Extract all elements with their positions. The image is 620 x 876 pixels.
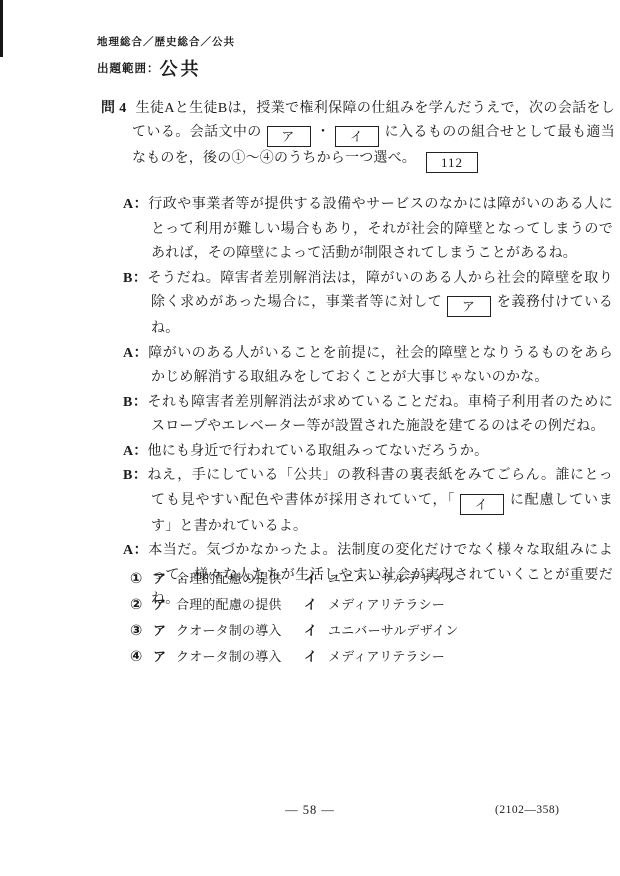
dialogue-utterance: A：行政や事業者等が提供する設備やサービスのなかには障がいのある人にとって利用が…	[123, 193, 613, 267]
question-separator: ・	[316, 125, 331, 140]
dialogue-utterance: B：それも障害者差別解消法が求めていることだね。車椅子利用者のためにスロープやエ…	[123, 391, 613, 440]
option-b-text: メディアリテラシー	[328, 594, 445, 613]
option-row: ② ア 合理的配慮の提供 イ メディアリテラシー	[130, 594, 550, 620]
option-b-text: メディアリテラシー	[328, 646, 445, 665]
speaker-label: B：	[123, 395, 147, 410]
dialogue-utterance: B：そうだね。障害者差別解消法は，障がいのある人から社会的障壁を取り除く求めがあ…	[123, 267, 613, 342]
exam-scope-value: 公共	[160, 55, 202, 81]
utterance-text: それも障害者差別解消法が求めていることだね。車椅子利用者のためにスロープやエレベ…	[147, 395, 613, 435]
footer-form-code: (2102—358)	[495, 804, 559, 816]
option-a-label: ア	[153, 646, 176, 665]
speaker-label: B：	[123, 468, 147, 483]
dialogue-utterance: A：障がいのある人がいることを前提に，社会的障壁となりうるものをあらかじめ解消す…	[123, 342, 613, 391]
speaker-label: A：	[123, 197, 148, 212]
question-text: 問 4生徒Aと生徒Bは，授業で権利保障の仕組みを学んだうえで，次の会話をしている…	[101, 97, 615, 173]
subject-list: 地理総合／歴史総合／公共	[97, 34, 235, 49]
option-b-label: イ	[304, 594, 328, 613]
option-b-text: ユニバーサルデザイン	[328, 568, 458, 587]
blank-box-a: ア	[267, 126, 311, 147]
speaker-label: A：	[123, 346, 148, 361]
option-b-text: ユニバーサルデザイン	[328, 620, 458, 639]
dialogue-block: A：行政や事業者等が提供する設備やサービスのなかには障がいのある人にとって利用が…	[123, 193, 613, 613]
option-b-label: イ	[304, 620, 328, 639]
speaker-label: A：	[123, 444, 148, 459]
speaker-label: A：	[123, 543, 148, 558]
utterance-text: 行政や事業者等が提供する設備やサービスのなかには障がいのある人にとって利用が難し…	[148, 197, 613, 261]
blank-box-i: イ	[460, 494, 504, 515]
option-a-text: クオータ制の導入	[176, 646, 304, 665]
option-number: ③	[130, 623, 153, 639]
option-b-label: イ	[304, 568, 328, 587]
option-b-label: イ	[304, 646, 328, 665]
speaker-label: B：	[123, 271, 147, 286]
option-row: ③ ア クオータ制の導入 イ ユニバーサルデザイン	[130, 620, 550, 646]
page-header: 地理総合／歴史総合／公共 出題範囲： 公共	[97, 34, 235, 81]
option-row: ① ア 合理的配慮の提供 イ ユニバーサルデザイン	[130, 568, 550, 594]
answer-number-box: 112	[426, 152, 478, 173]
option-row: ④ ア クオータ制の導入 イ メディアリテラシー	[130, 646, 550, 672]
scan-edge-mark	[0, 0, 3, 57]
option-a-text: 合理的配慮の提供	[176, 568, 304, 587]
option-a-label: ア	[153, 620, 176, 639]
option-a-label: ア	[153, 568, 176, 587]
blank-box-i: イ	[335, 126, 379, 147]
option-a-text: 合理的配慮の提供	[176, 594, 304, 613]
option-number: ①	[130, 571, 153, 587]
blank-box-a: ア	[447, 296, 491, 317]
utterance-text: 他にも身近で行われている取組みってないだろうか。	[148, 444, 489, 459]
option-number: ④	[130, 649, 153, 665]
answer-options: ① ア 合理的配慮の提供 イ ユニバーサルデザイン ② ア 合理的配慮の提供 イ…	[130, 568, 550, 672]
exam-scope-label: 出題範囲：	[97, 60, 160, 76]
utterance-text: 障がいのある人がいることを前提に，社会的障壁となりうるものをあらかじめ解消する取…	[148, 346, 613, 386]
dialogue-utterance: B：ねえ，手にしている「公共」の教科書の裏表紙をみてごらん。誰にとっても見やすい…	[123, 464, 613, 539]
question-block: 問 4生徒Aと生徒Bは，授業で権利保障の仕組みを学んだうえで，次の会話をしている…	[101, 97, 615, 173]
option-a-text: クオータ制の導入	[176, 620, 304, 639]
exam-page: 地理総合／歴史総合／公共 出題範囲： 公共 問 4生徒Aと生徒Bは，授業で権利保…	[0, 0, 620, 876]
question-number: 問 4	[101, 101, 126, 116]
option-a-label: ア	[153, 594, 176, 613]
dialogue-utterance: A：他にも身近で行われている取組みってないだろうか。	[123, 440, 613, 465]
option-number: ②	[130, 597, 153, 613]
exam-scope: 出題範囲： 公共	[97, 55, 235, 81]
